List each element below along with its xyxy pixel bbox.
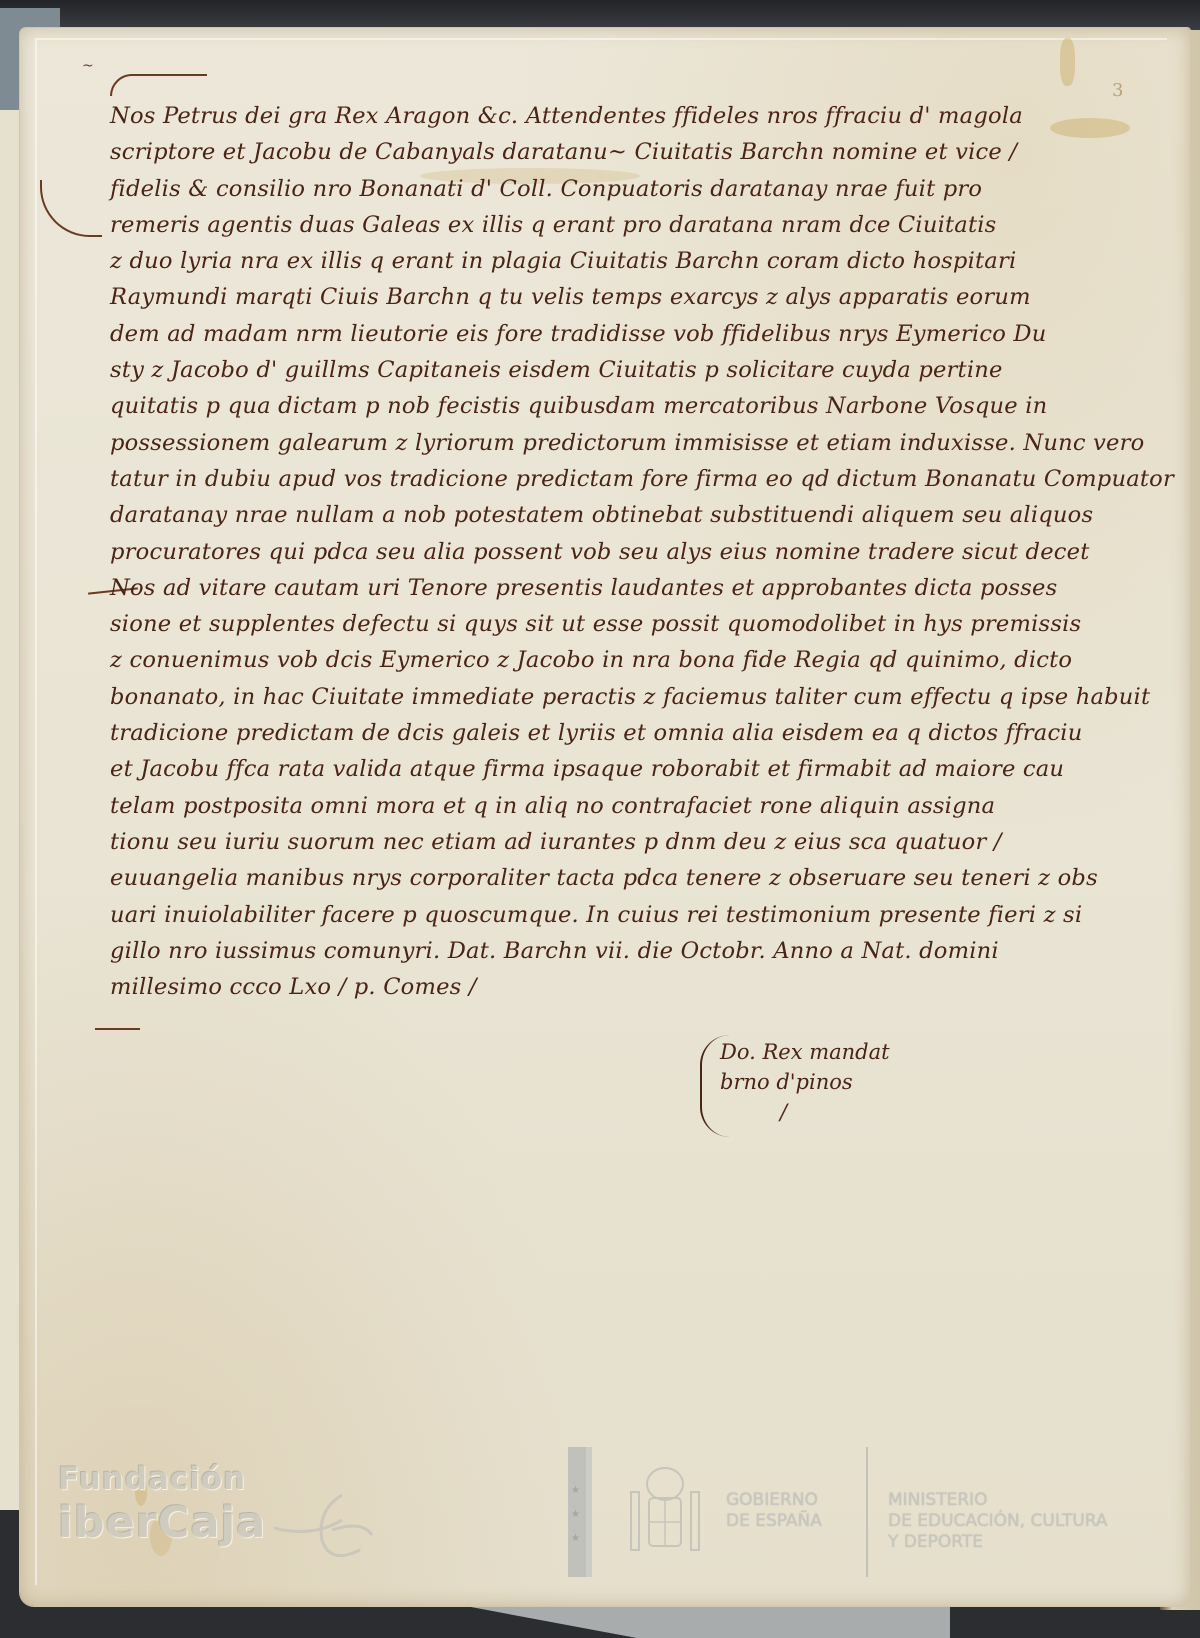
text-line-4: remeris agentis duas Galeas ex illis q e… xyxy=(110,207,1085,243)
text-line-2: scriptore et Jacobu de Cabanyals daratan… xyxy=(110,134,1085,170)
text-line-18: tradicione predictam de dcis galeis et l… xyxy=(110,715,1085,751)
manuscript-text: Nos Petrus dei gra Rex Aragon &c. Attend… xyxy=(110,98,1085,1005)
text-line-14: Nos ad vitare cautam uri Tenore presenti… xyxy=(110,570,1085,606)
margin-stroke xyxy=(95,1028,140,1030)
text-line-22: euuangelia manibus nrys corporaliter tac… xyxy=(110,860,1085,896)
text-line-16: z conuenimus vob dcis Eymerico z Jacobo … xyxy=(110,642,1085,678)
text-line-23: uari inuiolabiliter facere p quoscumque.… xyxy=(110,897,1085,933)
text-line-15: sione et supplentes defectu si quys sit … xyxy=(110,606,1085,642)
text-line-9: quitatis p qua dictam p nob fecistis qui… xyxy=(110,388,1085,424)
chancery-signature-block: Do. Rex mandat brno d'pinos / xyxy=(700,1035,890,1137)
text-line-21: tionu seu iuriu suorum nec etiam ad iura… xyxy=(110,824,1085,860)
star-icon: ★ xyxy=(571,1533,580,1544)
text-line-1: Nos Petrus dei gra Rex Aragon &c. Attend… xyxy=(110,98,1085,134)
ibercaja-watermark: Fundación iberCaja xyxy=(58,1460,266,1548)
signature-line-1: Do. Rex mandat xyxy=(720,1037,890,1067)
spain-coat-of-arms-icon xyxy=(625,1462,705,1557)
ibercaja-line-1: Fundación xyxy=(58,1460,266,1498)
text-line-13: procuratores qui pdca seu alia possent v… xyxy=(110,534,1085,570)
page-number: 3 xyxy=(1112,80,1123,101)
text-line-17: bonanato, in hac Ciuitate immediate pera… xyxy=(110,679,1085,715)
signature-line-2: brno d'pinos xyxy=(720,1067,890,1097)
star-icon: ★ xyxy=(571,1509,580,1520)
text-line-20: telam postposita omni mora et q in aliq … xyxy=(110,788,1085,824)
text-line-10: possessionem galearum z lyriorum predict… xyxy=(110,425,1085,461)
ibercaja-logo-icon xyxy=(272,1490,382,1570)
text-line-12: daratanay nrae nullam a nob potestatem o… xyxy=(110,497,1085,533)
text-line-24: gillo nro iussimus comunyri. Dat. Barchn… xyxy=(110,933,1085,969)
ibercaja-line-2: iberCaja xyxy=(58,1498,266,1548)
text-line-25: millesimo ccco Lxo / p. Comes / xyxy=(110,969,1085,1005)
gobierno-espana-text: GOBIERNO DE ESPAÑA xyxy=(726,1490,822,1532)
ministerio-text: MINISTERIO DE EDUCACIÓN, CULTURA Y DEPOR… xyxy=(888,1490,1108,1553)
text-line-19: et Jacobu ffca rata valida atque firma i… xyxy=(110,751,1085,787)
text-line-3: fidelis & consilio nro Bonanati d' Coll.… xyxy=(110,171,1085,207)
text-line-8: sty z Jacobo d' guillms Capitaneis eisde… xyxy=(110,352,1085,388)
stain xyxy=(1060,38,1075,86)
scanner-background-top xyxy=(0,0,1200,30)
margin-flourish-top xyxy=(110,74,207,96)
text-line-5: z duo lyria nra ex illis q erant in plag… xyxy=(110,243,1085,279)
text-line-6: Raymundi marqti Ciuis Barchn q tu velis … xyxy=(110,279,1085,315)
spain-flag-bar: ★ ★ ★ xyxy=(568,1447,592,1577)
star-icon: ★ xyxy=(571,1485,580,1496)
watermark-divider xyxy=(866,1447,868,1577)
corner-mark: ~ xyxy=(82,58,94,74)
signature-line-3: / xyxy=(720,1097,890,1127)
text-line-11: tatur in dubiu apud vos tradicione predi… xyxy=(110,461,1085,497)
text-line-7: dem ad madam nrm lieutorie eis fore trad… xyxy=(110,316,1085,352)
